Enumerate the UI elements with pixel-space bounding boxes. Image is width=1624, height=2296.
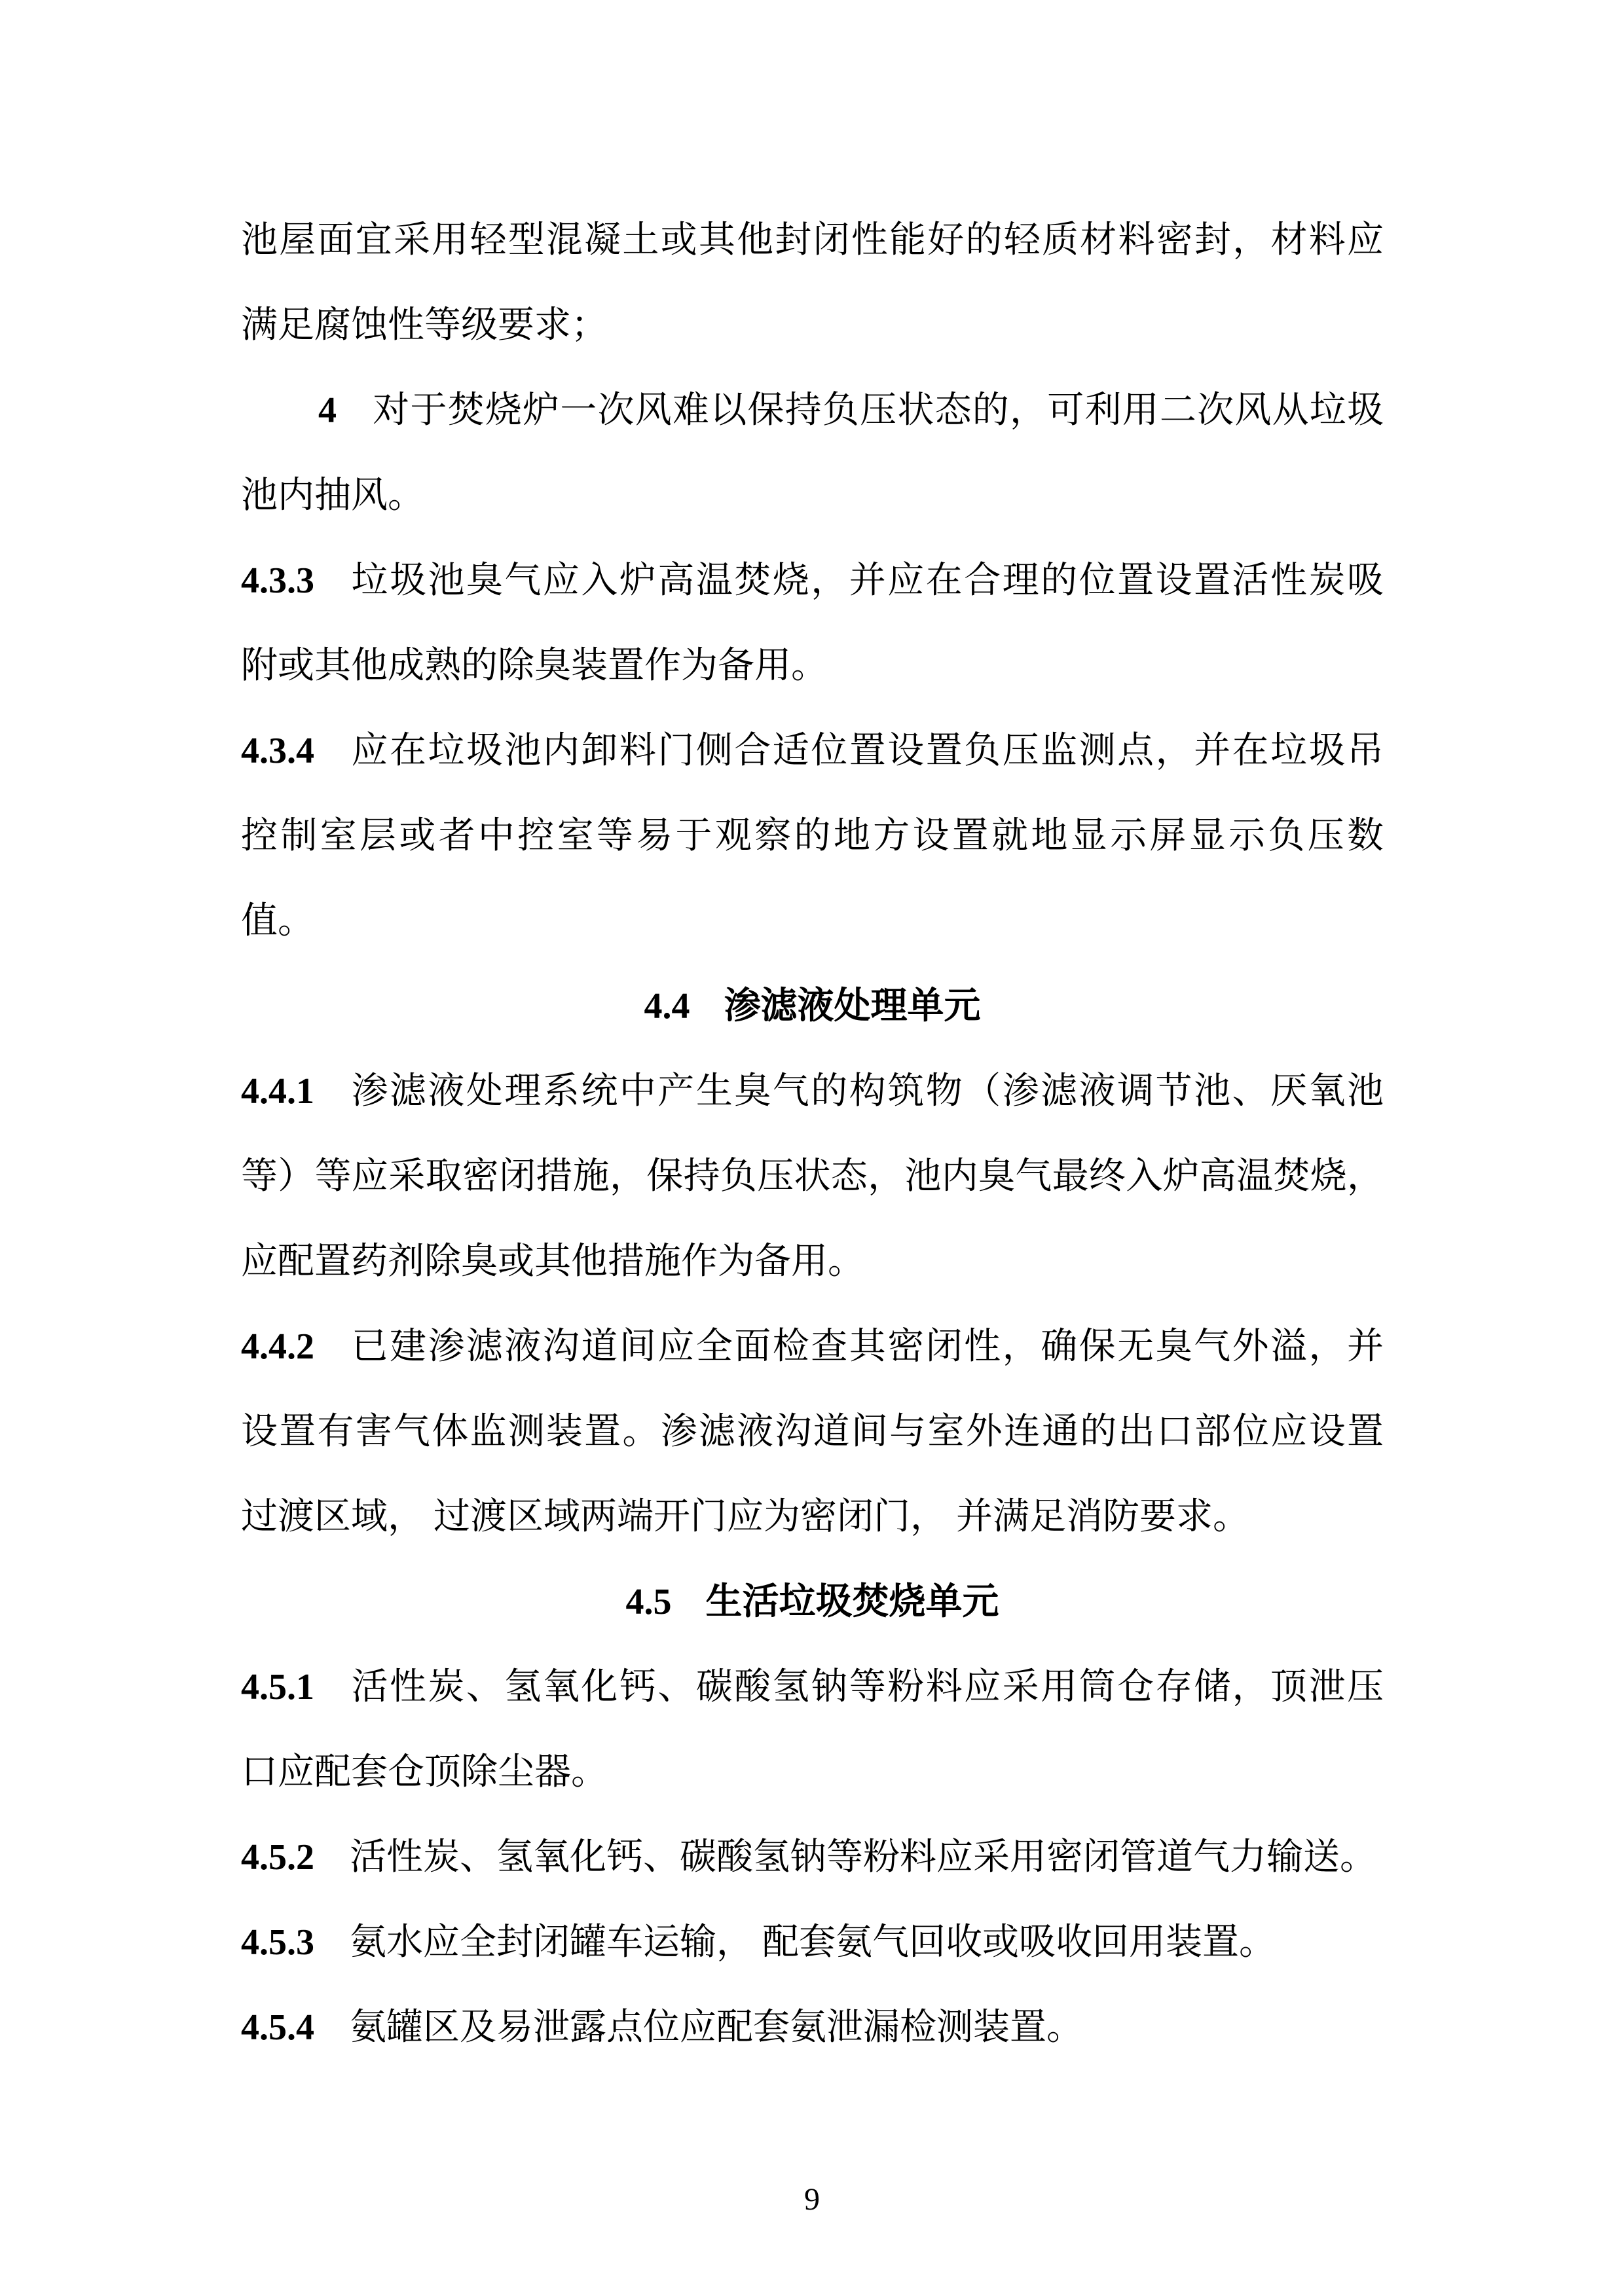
clause-number: 4.5.3 <box>241 1922 314 1963</box>
line-text: 氨水应全封闭罐车运输， 配套氨气回收或吸收回用装置。 <box>350 1922 1276 1963</box>
clause-4-5-2-line-1: 4.5.2活性炭、氢氧化钙、碳酸氢钠等粉料应采用密闭管道气力输送。 <box>241 1815 1384 1900</box>
section-number: 4.4 <box>644 986 690 1027</box>
line-text: 垃圾池臭气应入炉高温焚烧，并应在合理的位置设置活性炭吸 <box>350 560 1384 601</box>
line-text: 活性炭、氢氧化钙、碳酸氢钠等粉料应采用筒仓存储，顶泄压 <box>350 1667 1384 1707</box>
line-text: 池屋面宜采用轻型混凝土或其他封闭性能好的轻质材料密封，材料应 <box>241 220 1384 261</box>
clause-4-3-4-line-3: 值。 <box>241 879 1384 964</box>
line-text: 氨罐区及易泄露点位应配套氨泄漏检测装置。 <box>350 2007 1083 2048</box>
line-text: 满足腐蚀性等级要求； <box>241 305 608 346</box>
line-text: 池内抽风。 <box>241 475 424 516</box>
clause-4-5-1-line-1: 4.5.1活性炭、氢氧化钙、碳酸氢钠等粉料应采用筒仓存储，顶泄压 <box>241 1645 1384 1730</box>
clause-4-3-4-line-2: 控制室层或者中控室等易于观察的地方设置就地显示屏显示负压数 <box>241 793 1384 879</box>
clause-4-4-1-line-1: 4.4.1渗滤液处理系统中产生臭气的构筑物（渗滤液调节池、厌氧池 <box>241 1049 1384 1134</box>
line-text: 渗滤液处理系统中产生臭气的构筑物（渗滤液调节池、厌氧池 <box>350 1071 1384 1112</box>
line-text: 过渡区域， 过渡区域两端开门应为密闭门， 并满足消防要求。 <box>241 1497 1249 1537</box>
clause-4-3-3-line-1: 4.3.3垃圾池臭气应入炉高温焚烧，并应在合理的位置设置活性炭吸 <box>241 538 1384 623</box>
clause-4-3-4-line-1: 4.3.4应在垃圾池内卸料门侧合适位置设置负压监测点，并在垃圾吊 <box>241 708 1384 793</box>
clause-4-4-2-line-2: 设置有害气体监测装置。渗滤液沟道间与室外连通的出口部位应设置 <box>241 1389 1384 1474</box>
paragraph-continuation-line-1: 池屋面宜采用轻型混凝土或其他封闭性能好的轻质材料密封，材料应 <box>241 198 1384 283</box>
section-title: 渗滤液处理单元 <box>724 986 981 1027</box>
page-number: 9 <box>0 2174 1624 2226</box>
item-number: 4 <box>318 390 337 431</box>
clause-number: 4.3.3 <box>241 560 314 601</box>
clause-4-5-3-line-1: 4.5.3氨水应全封闭罐车运输， 配套氨气回收或吸收回用装置。 <box>241 1900 1384 1985</box>
clause-4-3-3-line-2: 附或其他成熟的除臭装置作为备用。 <box>241 623 1384 708</box>
line-text: 控制室层或者中控室等易于观察的地方设置就地显示屏显示负压数 <box>241 816 1384 856</box>
line-text: 对于焚烧炉一次风难以保持负压状态的，可利用二次风从垃圾 <box>372 390 1384 431</box>
clause-4-4-1-line-2: 等）等应采取密闭措施，保持负压状态，池内臭气最终入炉高温焚烧， <box>241 1134 1384 1219</box>
clause-4-5-4-line-1: 4.5.4氨罐区及易泄露点位应配套氨泄漏检测装置。 <box>241 1985 1384 2070</box>
document-body: 池屋面宜采用轻型混凝土或其他封闭性能好的轻质材料密封，材料应 满足腐蚀性等级要求… <box>241 198 1384 2070</box>
clause-number: 4.4.1 <box>241 1071 314 1112</box>
clause-number: 4.5.4 <box>241 2007 314 2048</box>
item-4-line-1: 4对于焚烧炉一次风难以保持负压状态的，可利用二次风从垃圾 <box>241 368 1384 453</box>
clause-number: 4.4.2 <box>241 1326 314 1367</box>
clause-4-4-2-line-1: 4.4.2已建渗滤液沟道间应全面检查其密闭性，确保无臭气外溢，并 <box>241 1304 1384 1389</box>
item-4-line-2: 池内抽风。 <box>241 453 1384 538</box>
line-text: 等）等应采取密闭措施，保持负压状态，池内臭气最终入炉高温焚烧， <box>241 1156 1384 1197</box>
clause-number: 4.5.2 <box>241 1837 314 1878</box>
line-text: 已建渗滤液沟道间应全面检查其密闭性，确保无臭气外溢，并 <box>350 1326 1384 1367</box>
section-title: 生活垃圾焚烧单元 <box>706 1582 999 1622</box>
line-text: 活性炭、氢氧化钙、碳酸氢钠等粉料应采用密闭管道气力输送。 <box>350 1837 1376 1878</box>
section-heading-4-4: 4.4渗滤液处理单元 <box>241 964 1384 1049</box>
line-text: 值。 <box>241 901 314 941</box>
clause-number: 4.5.1 <box>241 1667 314 1707</box>
clause-4-4-2-line-3: 过渡区域， 过渡区域两端开门应为密闭门， 并满足消防要求。 <box>241 1474 1384 1559</box>
clause-number: 4.3.4 <box>241 731 314 771</box>
document-page: 池屋面宜采用轻型混凝土或其他封闭性能好的轻质材料密封，材料应 满足腐蚀性等级要求… <box>0 0 1624 2296</box>
clause-4-4-1-line-3: 应配置药剂除臭或其他措施作为备用。 <box>241 1219 1384 1304</box>
line-text: 附或其他成熟的除臭装置作为备用。 <box>241 646 828 686</box>
section-heading-4-5: 4.5生活垃圾焚烧单元 <box>241 1559 1384 1645</box>
line-text: 应配置药剂除臭或其他措施作为备用。 <box>241 1241 864 1282</box>
line-text: 设置有害气体监测装置。渗滤液沟道间与室外连通的出口部位应设置 <box>241 1412 1384 1452</box>
paragraph-continuation-line-2: 满足腐蚀性等级要求； <box>241 283 1384 368</box>
section-number: 4.5 <box>626 1582 672 1622</box>
line-text: 应在垃圾池内卸料门侧合适位置设置负压监测点，并在垃圾吊 <box>350 731 1384 771</box>
line-text: 口应配套仓顶除尘器。 <box>241 1752 608 1793</box>
clause-4-5-1-line-2: 口应配套仓顶除尘器。 <box>241 1730 1384 1815</box>
